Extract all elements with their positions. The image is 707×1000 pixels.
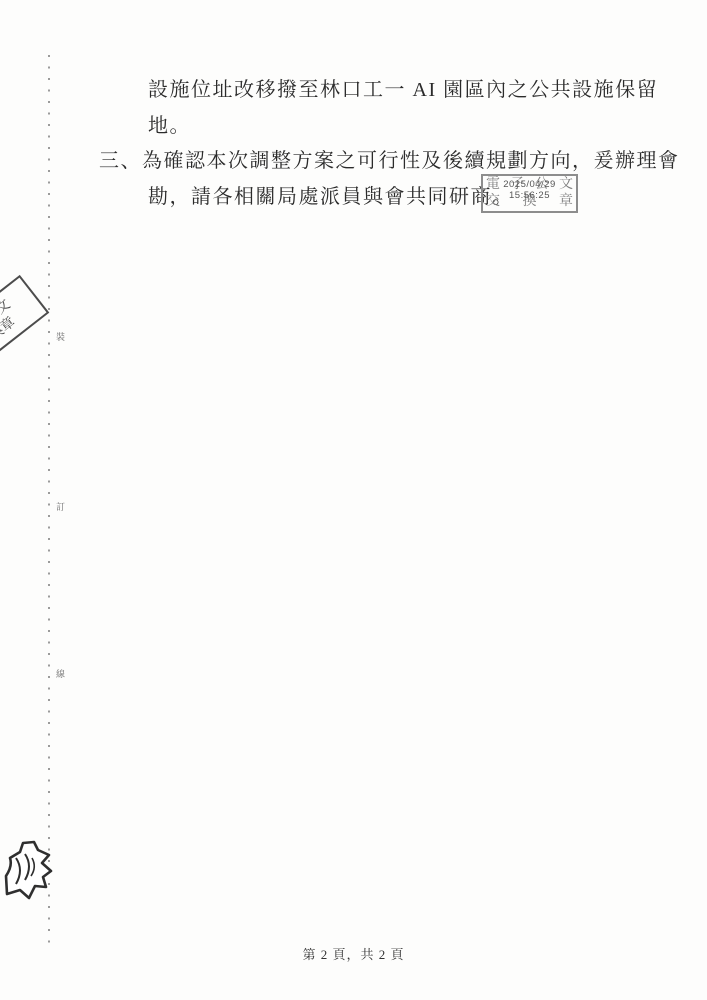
exchange-stamp-timestamp: 2025/04/29 15:56:25 xyxy=(483,179,576,201)
page-number: 第 2 頁，共 2 頁 xyxy=(0,944,707,963)
body-text-line-1: 設施位址改移撥至林口工一 AI 園區內之公共設施保留 xyxy=(148,78,658,103)
exchange-stamp-time: 15:56:25 xyxy=(483,190,576,201)
side-exchange-stamp: 電子公文 交換章 xyxy=(0,275,49,379)
electronic-exchange-stamp: 電 子 公 文 交 換 章 2025/04/29 15:56:25 xyxy=(481,174,578,213)
binding-mark-ding: 訂 xyxy=(56,503,65,512)
body-text-line-4: 勘，請各相關局處派員與會共同研商。 xyxy=(148,185,514,210)
binding-dotted-line xyxy=(48,55,50,951)
body-text-line-2: 地。 xyxy=(148,114,191,139)
emblem-seal-icon xyxy=(4,840,56,906)
document-page: 裝 訂 線 電子公文 交換章 設施位址改移撥至林口工一 AI 園區內之公共設施保… xyxy=(0,0,707,1000)
binding-mark-zhuang: 裝 xyxy=(56,333,65,342)
body-text-line-3: 三、為確認本次調整方案之可行性及後續規劃方向，爰辦理會 xyxy=(99,149,680,174)
exchange-stamp-date: 2025/04/29 xyxy=(483,179,576,190)
binding-mark-xian: 線 xyxy=(56,670,65,679)
